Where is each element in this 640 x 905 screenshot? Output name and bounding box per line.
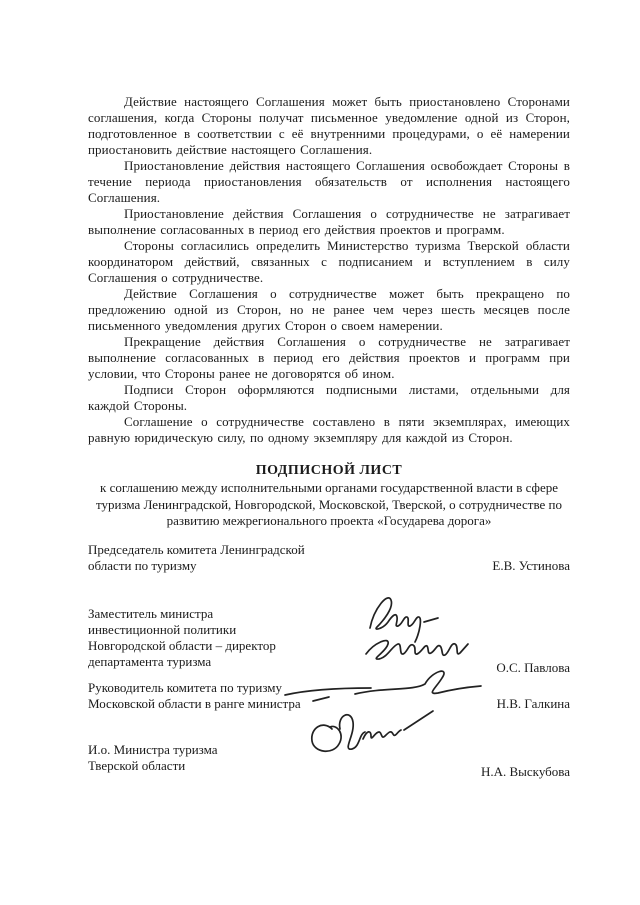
- signatory-title-line: Московской области в ранге министра: [88, 696, 301, 712]
- signatory-title: Заместитель министра инвестиционной поли…: [88, 606, 276, 670]
- paragraph: Стороны согласились определить Министерс…: [88, 238, 570, 286]
- signatory-title-line: инвестиционной политики: [88, 622, 276, 638]
- document-page: Действие настоящего Соглашения может быт…: [0, 0, 640, 905]
- signatory-row-vyskubova: И.о. Министра туризма Тверской области Н…: [88, 742, 570, 774]
- signatory-row-ustinova: Председатель комитета Ленинградской обла…: [88, 542, 570, 574]
- signature-sheet-title: ПОДПИСНОЙ ЛИСТ: [88, 462, 570, 479]
- signatory-name: Е.В. Устинова: [492, 558, 570, 574]
- signatory-title: И.о. Министра туризма Тверской области: [88, 742, 218, 774]
- signatory-title: Руководитель комитета по туризму Московс…: [88, 680, 301, 712]
- signatory-name: Н.В. Галкина: [497, 696, 570, 712]
- paragraph: Подписи Сторон оформляются подписными ли…: [88, 382, 570, 414]
- paragraph: Соглашение о сотрудничестве составлено в…: [88, 414, 570, 446]
- paragraph: Прекращение действия Соглашения о сотруд…: [88, 334, 570, 382]
- signatory-title-line: Тверской области: [88, 758, 218, 774]
- signatory-name: О.С. Павлова: [496, 660, 570, 676]
- agreement-body-text: Действие настоящего Соглашения может быт…: [88, 94, 570, 446]
- signatory-title-line: области по туризму: [88, 558, 305, 574]
- signatory-title-line: Председатель комитета Ленинградской: [88, 542, 305, 558]
- document-content: Действие настоящего Соглашения может быт…: [88, 94, 570, 774]
- signature-sheet-subtitle: к соглашению между исполнительными орган…: [88, 480, 570, 530]
- signatory-title-line: Руководитель комитета по туризму: [88, 680, 301, 696]
- signatory-name: Н.А. Выскубова: [481, 764, 570, 780]
- signatory-title-line: Новгородской области – директор: [88, 638, 276, 654]
- paragraph: Действие настоящего Соглашения может быт…: [88, 94, 570, 158]
- paragraph: Приостановление действия Соглашения о со…: [88, 206, 570, 238]
- signatory-row-pavlova: Заместитель министра инвестиционной поли…: [88, 606, 570, 670]
- signatory-title: Председатель комитета Ленинградской обла…: [88, 542, 305, 574]
- paragraph: Действие Соглашения о сотрудничестве мож…: [88, 286, 570, 334]
- signatory-row-galkina: Руководитель комитета по туризму Московс…: [88, 680, 570, 712]
- signatory-title-line: Заместитель министра: [88, 606, 276, 622]
- paragraph: Приостановление действия настоящего Согл…: [88, 158, 570, 206]
- signatory-title-line: И.о. Министра туризма: [88, 742, 218, 758]
- signatory-title-line: департамента туризма: [88, 654, 276, 670]
